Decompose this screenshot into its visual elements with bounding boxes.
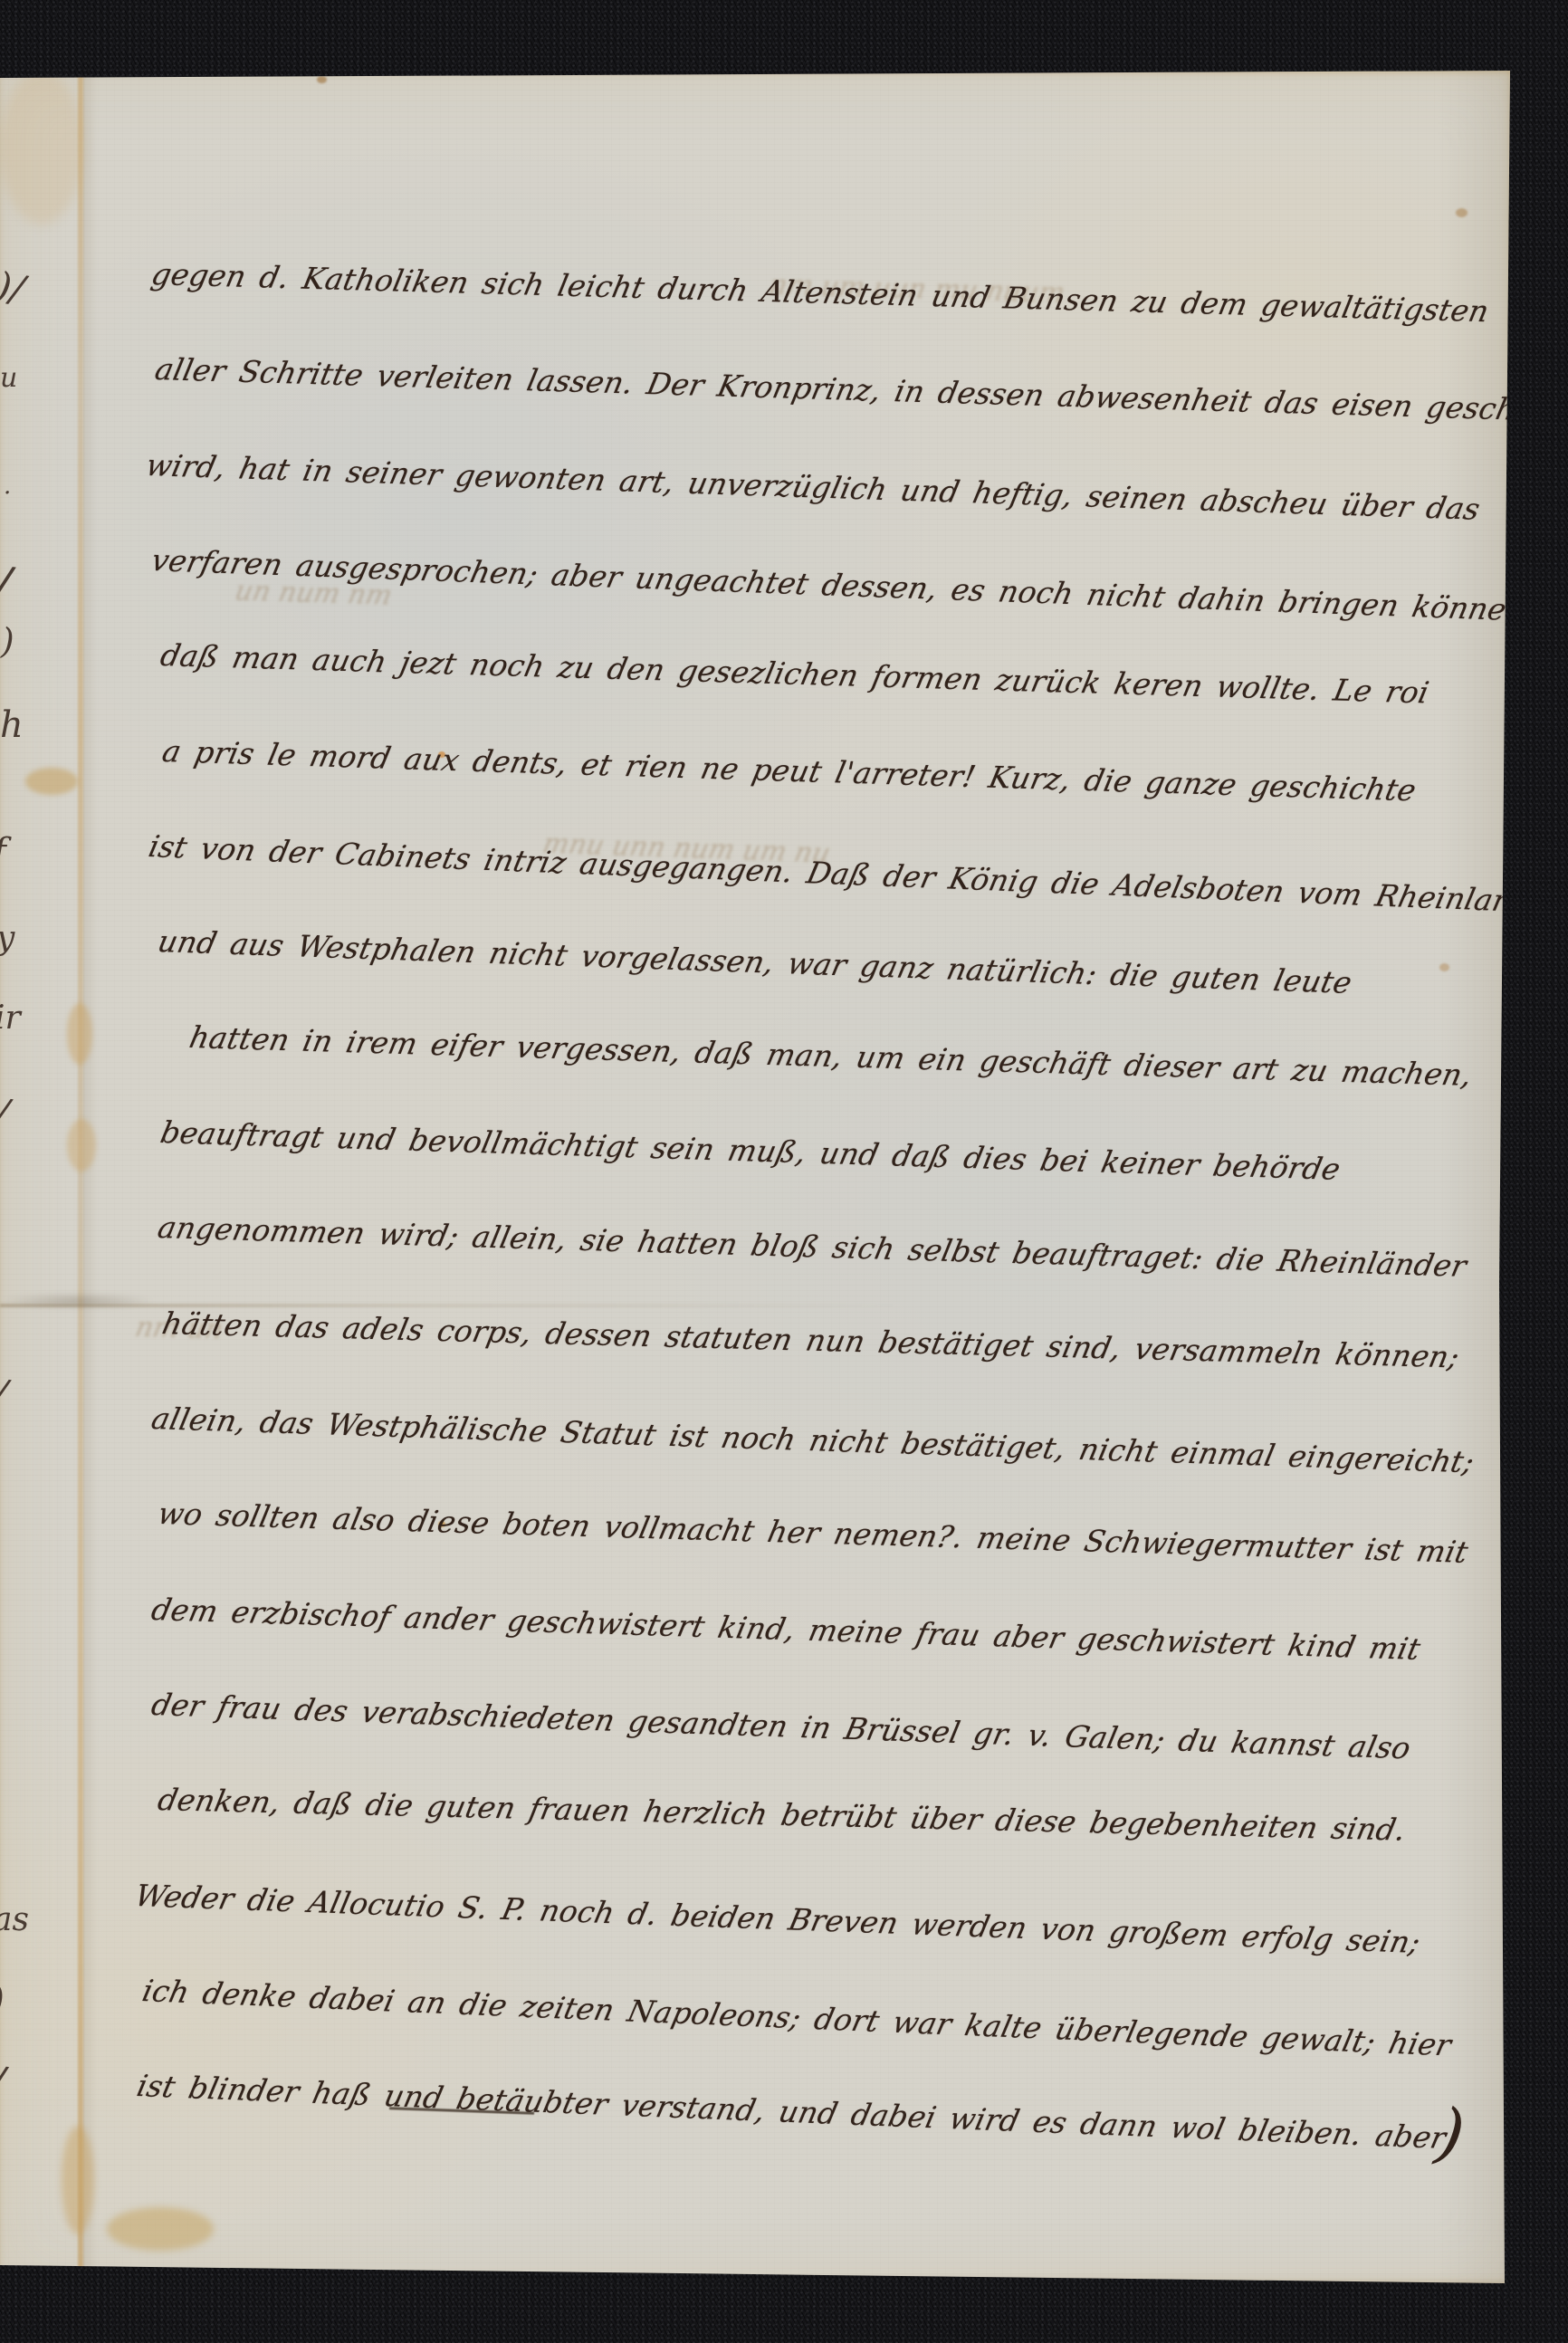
margin-fragment: u [0,362,17,394]
handwritten-line: Weder die Allocutio S. P. noch d. beiden… [132,1878,1424,1960]
stain [25,768,78,795]
handwritten-line: hätten das adels corps, dessen statuten … [159,1305,1462,1374]
handwritten-line: wird, hat in seiner gewonten art, unverz… [143,447,1484,527]
stain [0,71,83,225]
handwritten-line: daß man auch jezt noch zu den gesezliche… [158,637,1432,710]
margin-fragment: · [4,480,11,507]
margin-fragment: ) [0,1977,5,2023]
margin-fragment: / [0,557,14,613]
vertical-crease-shadow [83,71,98,2285]
margin-fragment: as [0,1901,29,1938]
handwritten-line: ist von der Cabinets intriz ausgegangen.… [146,828,1554,920]
margin-fragment: ir [0,999,21,1037]
handwritten-line: und aus Westphalen nicht vorgelassen, wa… [155,923,1355,1000]
handwritten-line: a pris le mord aux dents, et rien ne peu… [159,733,1420,808]
foxing-spot [317,76,327,83]
handwritten-line: beauftragt und bevollmächtigt sein muß, … [158,1114,1343,1187]
foxing-spot [1439,963,1449,971]
horizontal-crease-pinch [0,1293,154,1309]
margin-fragment: f [0,831,6,873]
margin-fragment: / [0,1372,10,1414]
margin-fragment: h [0,704,24,746]
photo-scene: nm um uun mu nuum un num nm mnu unn num … [0,0,1568,2343]
margin-fragment: / [0,2058,6,2105]
horizontal-fold-crease [0,1304,1059,1307]
handwritten-line: allein, das Westphälische Statut ist noc… [148,1401,1477,1479]
handwritten-line: ist blinder haß und betäubter verstand, … [134,2068,1449,2156]
handwritten-line: der frau des verabschiedeten gesandten i… [148,1687,1414,1765]
handwritten-line: aller Schritte verleiten lassen. Der Kro… [152,351,1568,430]
foxing-spot [1456,208,1468,217]
handwritten-line: gegen d. Katholiken sich leicht durch Al… [148,256,1492,329]
end-flourish-stroke: ) [1431,2093,1469,2174]
letter-page: nm um uun mu nuum un num nm mnu unn num … [0,71,1514,2285]
margin-fragment: / [0,1091,12,1133]
handwritten-line: wo sollten also diese boten vollmacht he… [155,1496,1471,1570]
handwritten-line: hatten in irem eifer vergessen, daß man,… [186,1019,1476,1093]
handwritten-line: angenommen wird; allein, sie hatten bloß… [155,1210,1469,1284]
handwritten-line: dem erzbischof ander geschwistert kind, … [148,1592,1424,1667]
margin-fragment: )/ [0,263,28,312]
margin-fragment: )) [0,621,14,661]
margin-fragment: y [0,920,14,957]
handwritten-line: denken, daß die guten frauen herzlich be… [155,1782,1409,1847]
stain [107,2207,214,2251]
handwritten-line: ich denke dabei an die zeiten Napoleons;… [139,1973,1455,2062]
